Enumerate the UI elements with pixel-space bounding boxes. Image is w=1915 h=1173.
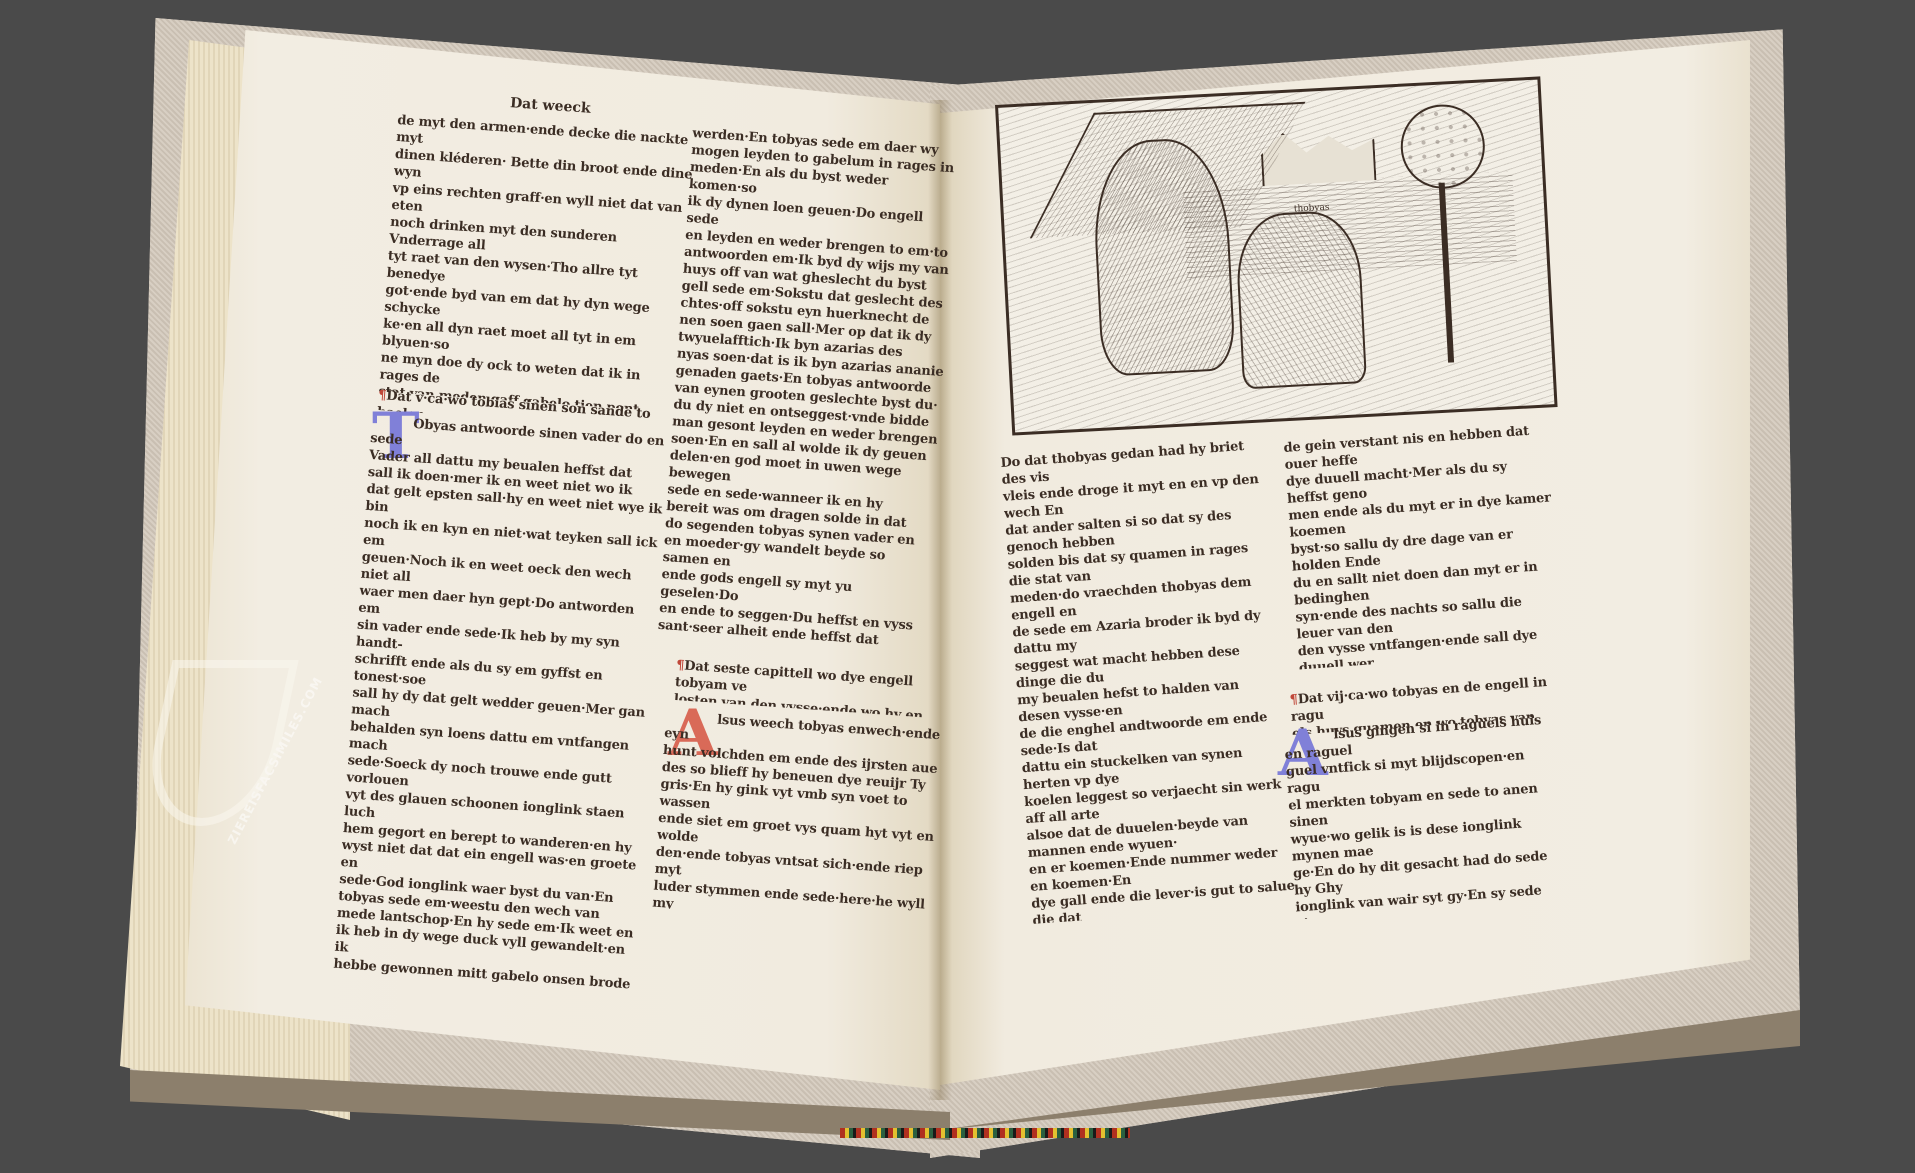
left-col2-top-text: werden·En tobyas sede em daer wy mogen l… [657,125,962,653]
right-col1-body: Do dat thobyas gedan had hy briet des vi… [1000,437,1297,924]
woodcut-caption: thobyas [1294,203,1330,215]
left-col1-body: Obyas antwoorde sinen vader do en sede V… [333,413,671,993]
book-photo: Dat weeck de myt den armen·ende decke di… [0,0,1915,1173]
right-col2-body: lsus gingen si in raguels huis en raguel… [1283,711,1566,919]
headband [840,1128,1130,1138]
woodcut-illustration: thobyas [995,76,1558,435]
left-col1-top-text: de myt den armen·ende decke die nackte m… [378,112,697,412]
tobias-figure [1234,209,1367,389]
right-col2-top-text: de gein verstant nis en hebben dat ouer … [1283,422,1563,670]
shield-logo-icon [137,660,298,826]
left-col2-body: lsus weech tobyas enwech·ende eyn hunt v… [652,708,945,927]
watermark-logo: ZIEREISFACSIMILES.COM [145,630,295,850]
